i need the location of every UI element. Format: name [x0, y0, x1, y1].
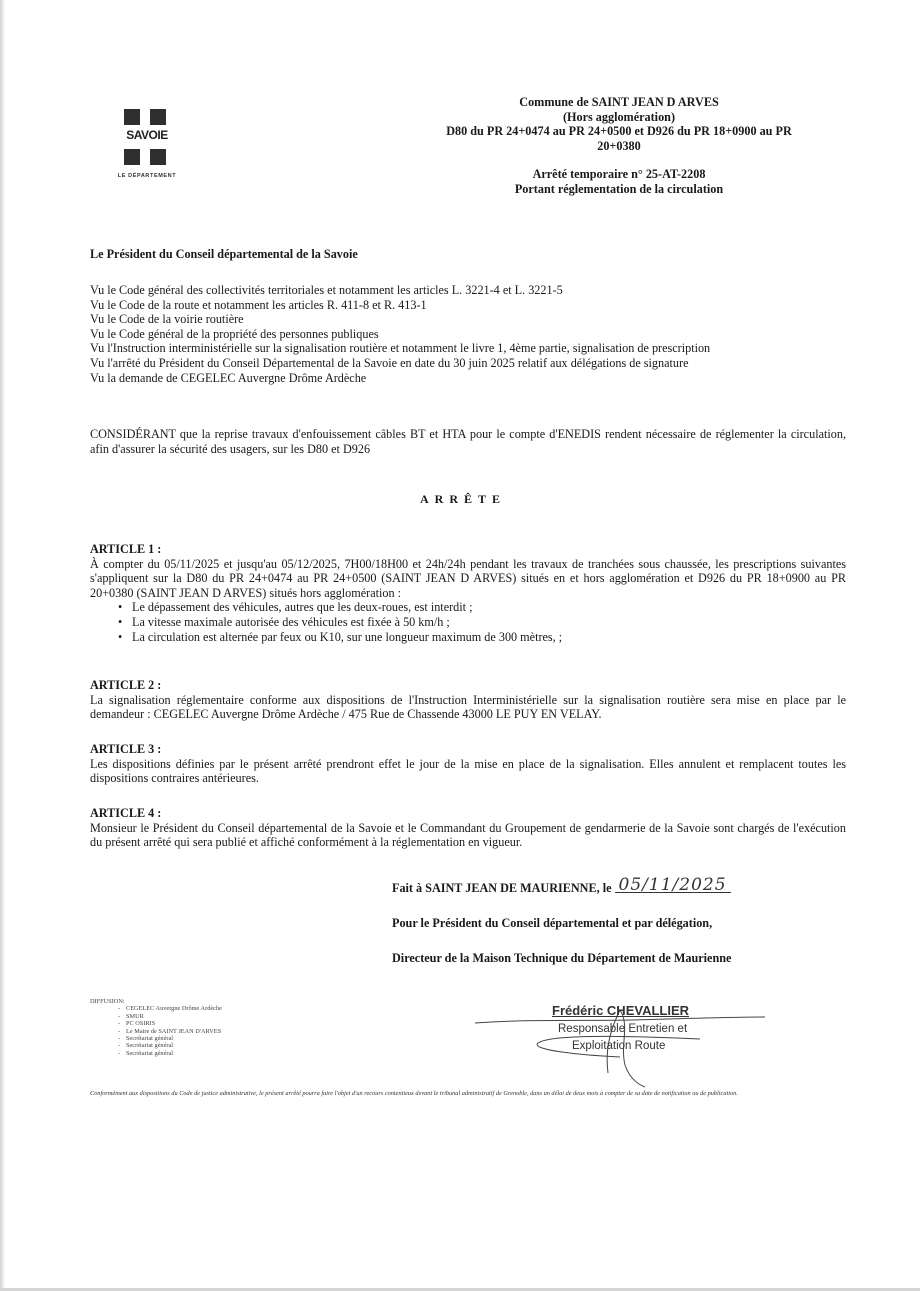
diffusion-item: Secrétariat général: [118, 1035, 222, 1042]
article-3: ARTICLE 3 : Les dispositions définies pa…: [90, 742, 846, 786]
diffusion-item: Secrétariat général: [118, 1042, 222, 1049]
vu-item: Vu la demande de CEGELEC Auvergne Drôme …: [90, 371, 846, 386]
roads-line-2: 20+0380: [386, 139, 852, 154]
article-4: ARTICLE 4 : Monsieur le Président du Con…: [90, 806, 846, 850]
article-2: ARTICLE 2 : La signalisation réglementai…: [90, 678, 846, 722]
director-line: Directeur de la Maison Technique du Dépa…: [392, 951, 862, 987]
article-1: ARTICLE 1 : À compter du 05/11/2025 et j…: [90, 542, 846, 644]
page-left-edge: [0, 0, 5, 1291]
vu-item: Vu l'arrêté du Président du Conseil Dépa…: [90, 356, 846, 371]
fait-a-label: Fait à SAINT JEAN DE MAURIENNE, le: [392, 881, 612, 895]
signature-block: Fait à SAINT JEAN DE MAURIENNE, le 05/11…: [392, 880, 862, 987]
bullet-item: Le dépassement des véhicules, autres que…: [118, 600, 846, 615]
article-text: La signalisation réglementaire conforme …: [90, 693, 846, 722]
signatory-name: Frédéric CHEVALLIER: [552, 1003, 689, 1018]
article-text: Monsieur le Président du Conseil départe…: [90, 821, 846, 850]
bullet-item: La circulation est alternée par feux ou …: [118, 630, 846, 645]
logo-subtitle: LE DÉPARTEMENT: [112, 173, 182, 179]
zone-label: (Hors agglomération): [386, 110, 852, 125]
delegation-line: Pour le Président du Conseil département…: [392, 916, 862, 952]
logo-square-icon: [150, 109, 166, 125]
article-heading: ARTICLE 2 :: [90, 678, 846, 693]
vu-item: Vu le Code de la voirie routière: [90, 312, 846, 327]
article-heading: ARTICLE 1 :: [90, 542, 846, 557]
vu-item: Vu le Code général de la propriété des p…: [90, 327, 846, 342]
vu-item: Vu l'Instruction interministérielle sur …: [90, 341, 846, 356]
arrete-number: Arrêté temporaire n° 25-AT-2208: [386, 167, 852, 182]
article-text: Les dispositions définies par le présent…: [90, 757, 846, 786]
arrete-title: ARRÊTE: [90, 492, 836, 507]
logo-name: SAVOIE: [118, 128, 176, 142]
article-1-bullets: Le dépassement des véhicules, autres que…: [90, 600, 846, 644]
diffusion-label: DIFFUSION:: [90, 998, 222, 1005]
logo-square-icon: [150, 149, 166, 165]
handwritten-date: 05/11/2025: [615, 878, 731, 893]
article-heading: ARTICLE 3 :: [90, 742, 846, 757]
vu-item: Vu le Code général des collectivités ter…: [90, 283, 846, 298]
logo-square-icon: [124, 149, 140, 165]
diffusion-item: PC OSIRIS: [118, 1020, 222, 1027]
diffusion-list: DIFFUSION: CEGELEC Auvergne Drôme Ardèch…: [90, 998, 222, 1057]
diffusion-item: SMUR: [118, 1013, 222, 1020]
signature-stamp: Frédéric CHEVALLIER Responsable Entretie…: [470, 995, 770, 1065]
considerant-paragraph: CONSIDÉRANT que la reprise travaux d'enf…: [90, 427, 846, 456]
diffusion-item: Secrétariat général: [118, 1050, 222, 1057]
roads-line-1: D80 du PR 24+0474 au PR 24+0500 et D926 …: [386, 124, 852, 139]
article-heading: ARTICLE 4 :: [90, 806, 846, 821]
commune-title: Commune de SAINT JEAN D ARVES: [386, 95, 852, 110]
bullet-item: La vitesse maximale autorisée des véhicu…: [118, 615, 846, 630]
signatory-role-2: Exploitation Route: [572, 1040, 665, 1052]
legal-notice: Conformément aux dispositions du Code de…: [90, 1090, 852, 1098]
signatory-role-1: Responsable Entretien et: [558, 1023, 687, 1035]
arrete-subject: Portant réglementation de la circulation: [386, 182, 852, 197]
vu-item: Vu le Code de la route et notamment les …: [90, 298, 846, 313]
diffusion-item: Le Maire de SAINT JEAN D'ARVES: [118, 1028, 222, 1035]
vu-list: Vu le Code général des collectivités ter…: [90, 283, 846, 385]
president-heading: Le Président du Conseil départemental de…: [90, 247, 846, 262]
article-text: À compter du 05/11/2025 et jusqu'au 05/1…: [90, 557, 846, 601]
diffusion-item: CEGELEC Auvergne Drôme Ardèche: [118, 1005, 222, 1012]
logo-square-icon: [124, 109, 140, 125]
document-header: Commune de SAINT JEAN D ARVES (Hors aggl…: [386, 95, 852, 196]
